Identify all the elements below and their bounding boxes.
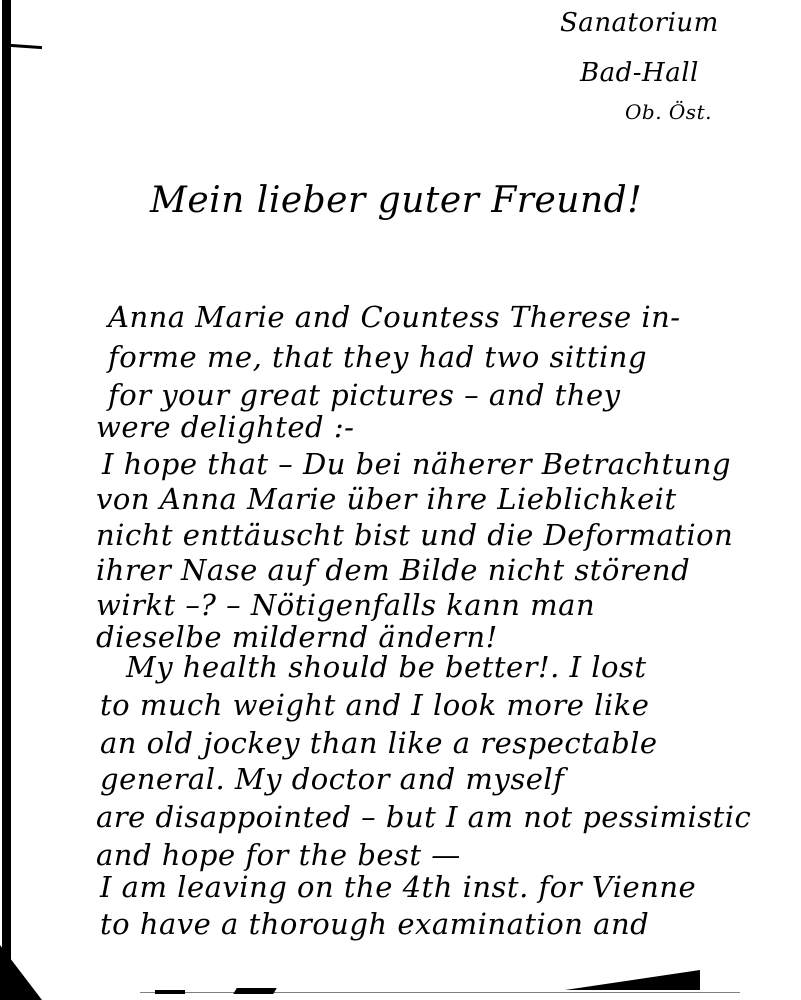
letter-line: forme me, that they had two sitting — [108, 340, 647, 374]
letter-line: I hope that – Du bei näherer Betrachtung — [102, 447, 731, 481]
letter-line: and hope for the best — — [96, 838, 461, 872]
header-region: Ob. Öst. — [625, 100, 712, 124]
header-place: Bad-Hall — [580, 58, 699, 88]
letter-line: to have a thorough examination and — [100, 907, 649, 941]
letter-line: wirkt –? – Nötigenfalls kann man — [96, 588, 595, 622]
letter-line: ihrer Nase auf dem Bilde nicht störend — [96, 553, 690, 587]
scan-bottom-line — [140, 992, 740, 993]
letter-line: to much weight and I look more like — [100, 688, 649, 722]
scan-smudge — [233, 988, 276, 994]
scan-corner-shadow — [0, 945, 42, 1000]
greeting: Mein lieber guter Freund! — [150, 180, 642, 221]
letter-line: von Anna Marie über ihre Lieblichkeit — [96, 482, 677, 516]
letter-line: nicht enttäuscht bist und die Deformatio… — [96, 518, 733, 552]
letter-line: are disappointed – but I am not pessimis… — [96, 800, 751, 834]
scan-left-edge — [2, 0, 11, 960]
letter-line: dieselbe mildernd ändern! — [96, 620, 498, 654]
letter-line: My health should be better!. I lost — [126, 650, 647, 684]
scan-mark — [10, 44, 42, 49]
header-sanatorium: Sanatorium — [560, 8, 719, 38]
letter-line: I am leaving on the 4th inst. for Vienne — [100, 870, 696, 904]
letter-line: an old jockey than like a respectable — [100, 726, 658, 760]
letter-line: Anna Marie and Countess Therese in- — [108, 300, 681, 334]
letter-line: general. My doctor and myself — [100, 762, 564, 796]
letter-line-text: forme me, that they had two sitting — [108, 340, 647, 374]
letter-line: were delighted :- — [96, 410, 354, 444]
scan-smudge — [565, 970, 700, 990]
letter-line: for your great pictures – and they — [108, 378, 621, 412]
